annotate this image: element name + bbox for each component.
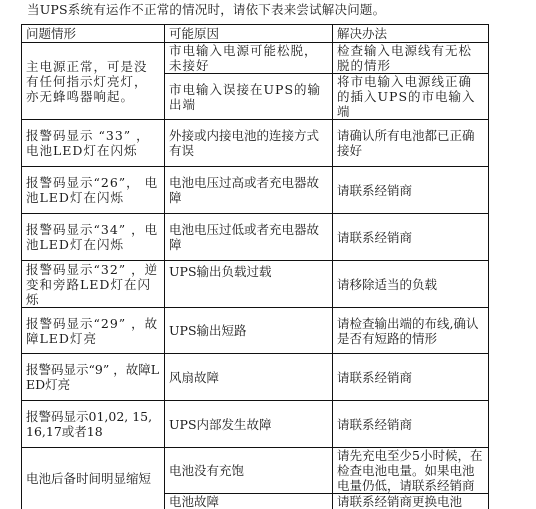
problem-cell: 电池后备时间明显缩短 (22, 448, 165, 509)
cause-cell: 电池电压过高或者充电器故障 (165, 167, 333, 214)
solution-cell: 请确认所有电池都已正确接好 (333, 120, 489, 167)
table-row: 电池后备时间明显缩短 电池没有充饱 请先充电至少5小时候，在检查电池电量。如果电… (22, 448, 489, 494)
table-header-row: 问题情形 可能原因 解决办法 (22, 25, 489, 43)
cause-cell: UPS输出负载过载 (165, 261, 333, 308)
problem-cell: 报警码显示 “33” ，电池LED灯在闪烁 (22, 120, 165, 167)
solution-cell: 将市电输入电源线正确的插入UPS的市电输入端 (333, 74, 489, 120)
header-cause: 可能原因 (165, 25, 333, 43)
problem-cell: 报警码显示“32” ，逆变和旁路LED灯在闪烁 (22, 261, 165, 308)
problem-cell: 报警码显示“26”， 电池LED灯在闪烁 (22, 167, 165, 214)
solution-cell: 请联系经销商 (333, 214, 489, 261)
troubleshooting-table: 问题情形 可能原因 解决办法 主电源正常，可是没有任何指示灯亮灯，亦无蜂鸣器响起… (21, 24, 489, 509)
table-row: 报警码显示“26”， 电池LED灯在闪烁 电池电压过高或者充电器故障 请联系经销… (22, 167, 489, 214)
intro-text: 当UPS系统有运作不正常的情况时，请依下表来尝试解决问题。 (27, 2, 385, 18)
table-row: 报警码显示 “33” ，电池LED灯在闪烁 外接或内接电池的连接方式有误 请确认… (22, 120, 489, 167)
cause-cell: 市电输入误接在UPS的输出端 (165, 74, 333, 120)
problem-cell: 报警码显示“29” ，故障LED灯亮 (22, 308, 165, 354)
problem-cell: 报警码显示“34” ，电池LED灯在闪烁 (22, 214, 165, 261)
table-row: 报警码显示“34” ，电池LED灯在闪烁 电池电压过低或者充电器故障 请联系经销… (22, 214, 489, 261)
problem-cell: 报警码显示01,02, 15,16,17或者18 (22, 401, 165, 448)
solution-cell: 请检查输出端的布线,确认是否有短路的情形 (333, 308, 489, 354)
cause-cell: UPS输出短路 (165, 308, 333, 354)
cause-cell: 风扇故障 (165, 354, 333, 401)
solution-cell: 检查输入电源线有无松脱的情形 (333, 43, 489, 74)
solution-cell: 请先充电至少5小时候，在检查电池电量。如果电池电量仍低，请联系经销商 (333, 448, 489, 494)
cause-cell: 电池电压过低或者充电器故障 (165, 214, 333, 261)
table-row: 主电源正常，可是没有任何指示灯亮灯，亦无蜂鸣器响起。 市电输入电源可能松脱，未接… (22, 43, 489, 74)
cause-cell: 外接或内接电池的连接方式有误 (165, 120, 333, 167)
header-problem: 问题情形 (22, 25, 165, 43)
solution-cell: 请联系经销商 (333, 167, 489, 214)
problem-cell: 主电源正常，可是没有任何指示灯亮灯，亦无蜂鸣器响起。 (22, 43, 165, 120)
cause-cell: UPS内部发生故障 (165, 401, 333, 448)
cause-cell: 电池故障 (165, 494, 333, 509)
cause-cell: 市电输入电源可能松脱，未接好 (165, 43, 333, 74)
cause-cell: 电池没有充饱 (165, 448, 333, 494)
solution-cell: 请联系经销商 (333, 354, 489, 401)
solution-cell: 请联系经销商更换电池 (333, 494, 489, 509)
problem-cell: 报警码显示“9” ，故障LED灯亮 (22, 354, 165, 401)
header-solution: 解决办法 (333, 25, 489, 43)
solution-cell: 请联系经销商 (333, 401, 489, 448)
table-row: 报警码显示01,02, 15,16,17或者18 UPS内部发生故障 请联系经销… (22, 401, 489, 448)
table-row: 报警码显示“9” ，故障LED灯亮 风扇故障 请联系经销商 (22, 354, 489, 401)
table-row: 报警码显示“32” ，逆变和旁路LED灯在闪烁 UPS输出负载过载 请移除适当的… (22, 261, 489, 308)
table-row: 报警码显示“29” ，故障LED灯亮 UPS输出短路 请检查输出端的布线,确认是… (22, 308, 489, 354)
solution-cell: 请移除适当的负载 (333, 261, 489, 308)
